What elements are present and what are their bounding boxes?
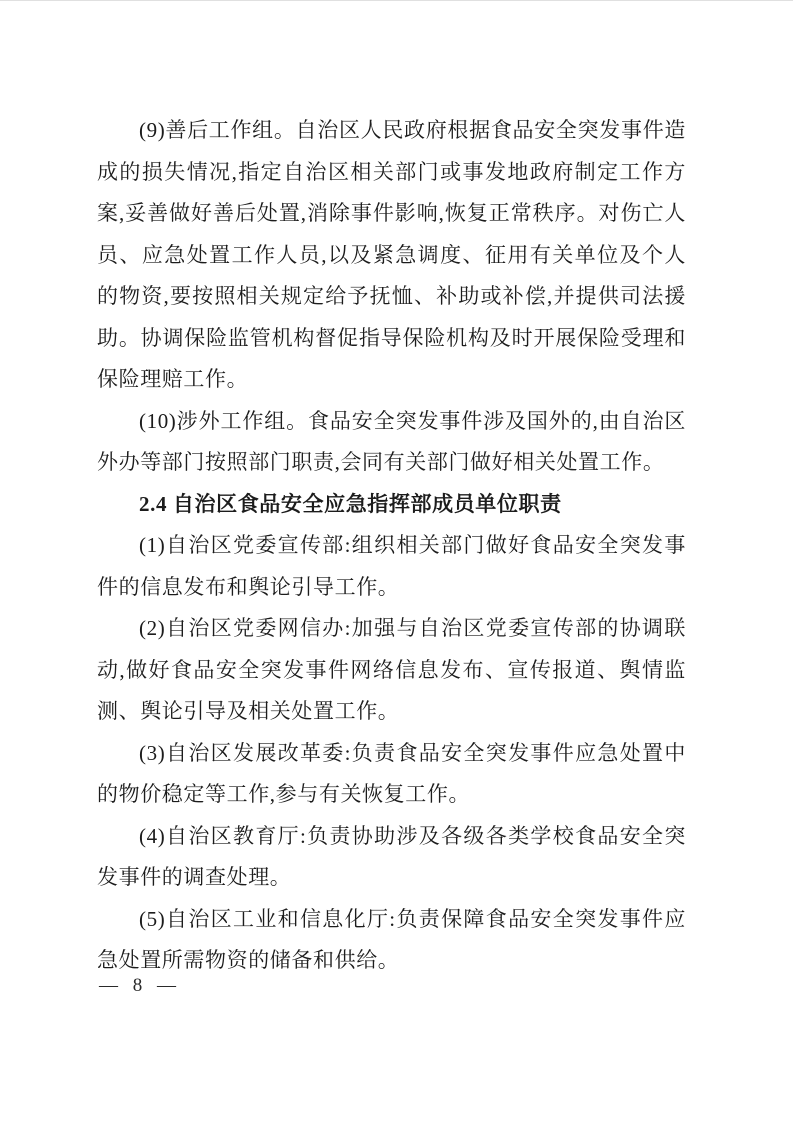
- paragraph-aftercare-workgroup: (9)善后工作组。自治区人民政府根据食品安全突发事件造成的损失情况,指定自治区相…: [97, 110, 686, 401]
- paragraph-duty-propaganda-dept: (1)自治区党委宣传部:组织相关部门做好食品安全突发事件的信息发布和舆论引导工作…: [97, 525, 686, 608]
- paragraph-duty-development-reform-commission: (3)自治区发展改革委:负责食品安全突发事件应急处置中的物价稳定等工作,参与有关…: [97, 733, 686, 816]
- paragraph-duty-industry-it-dept: (5)自治区工业和信息化厅:负责保障食品安全突发事件应急处置所需物资的储备和供给…: [97, 899, 686, 982]
- paragraph-duty-cyberspace-office: (2)自治区党委网信办:加强与自治区党委宣传部的协调联动,做好食品安全突发事件网…: [97, 608, 686, 733]
- document-body: (9)善后工作组。自治区人民政府根据食品安全突发事件造成的损失情况,指定自治区相…: [97, 110, 686, 982]
- page-number: — 8 —: [99, 975, 181, 997]
- section-heading-2-4: 2.4 自治区食品安全应急指挥部成员单位职责: [97, 484, 686, 526]
- paragraph-duty-education-dept: (4)自治区教育厅:负责协助涉及各级各类学校食品安全突发事件的调查处理。: [97, 816, 686, 899]
- paragraph-foreign-affairs-workgroup: (10)涉外工作组。食品安全突发事件涉及国外的,由自治区外办等部门按照部门职责,…: [97, 401, 686, 484]
- document-page: (9)善后工作组。自治区人民政府根据食品安全突发事件造成的损失情况,指定自治区相…: [0, 0, 793, 1122]
